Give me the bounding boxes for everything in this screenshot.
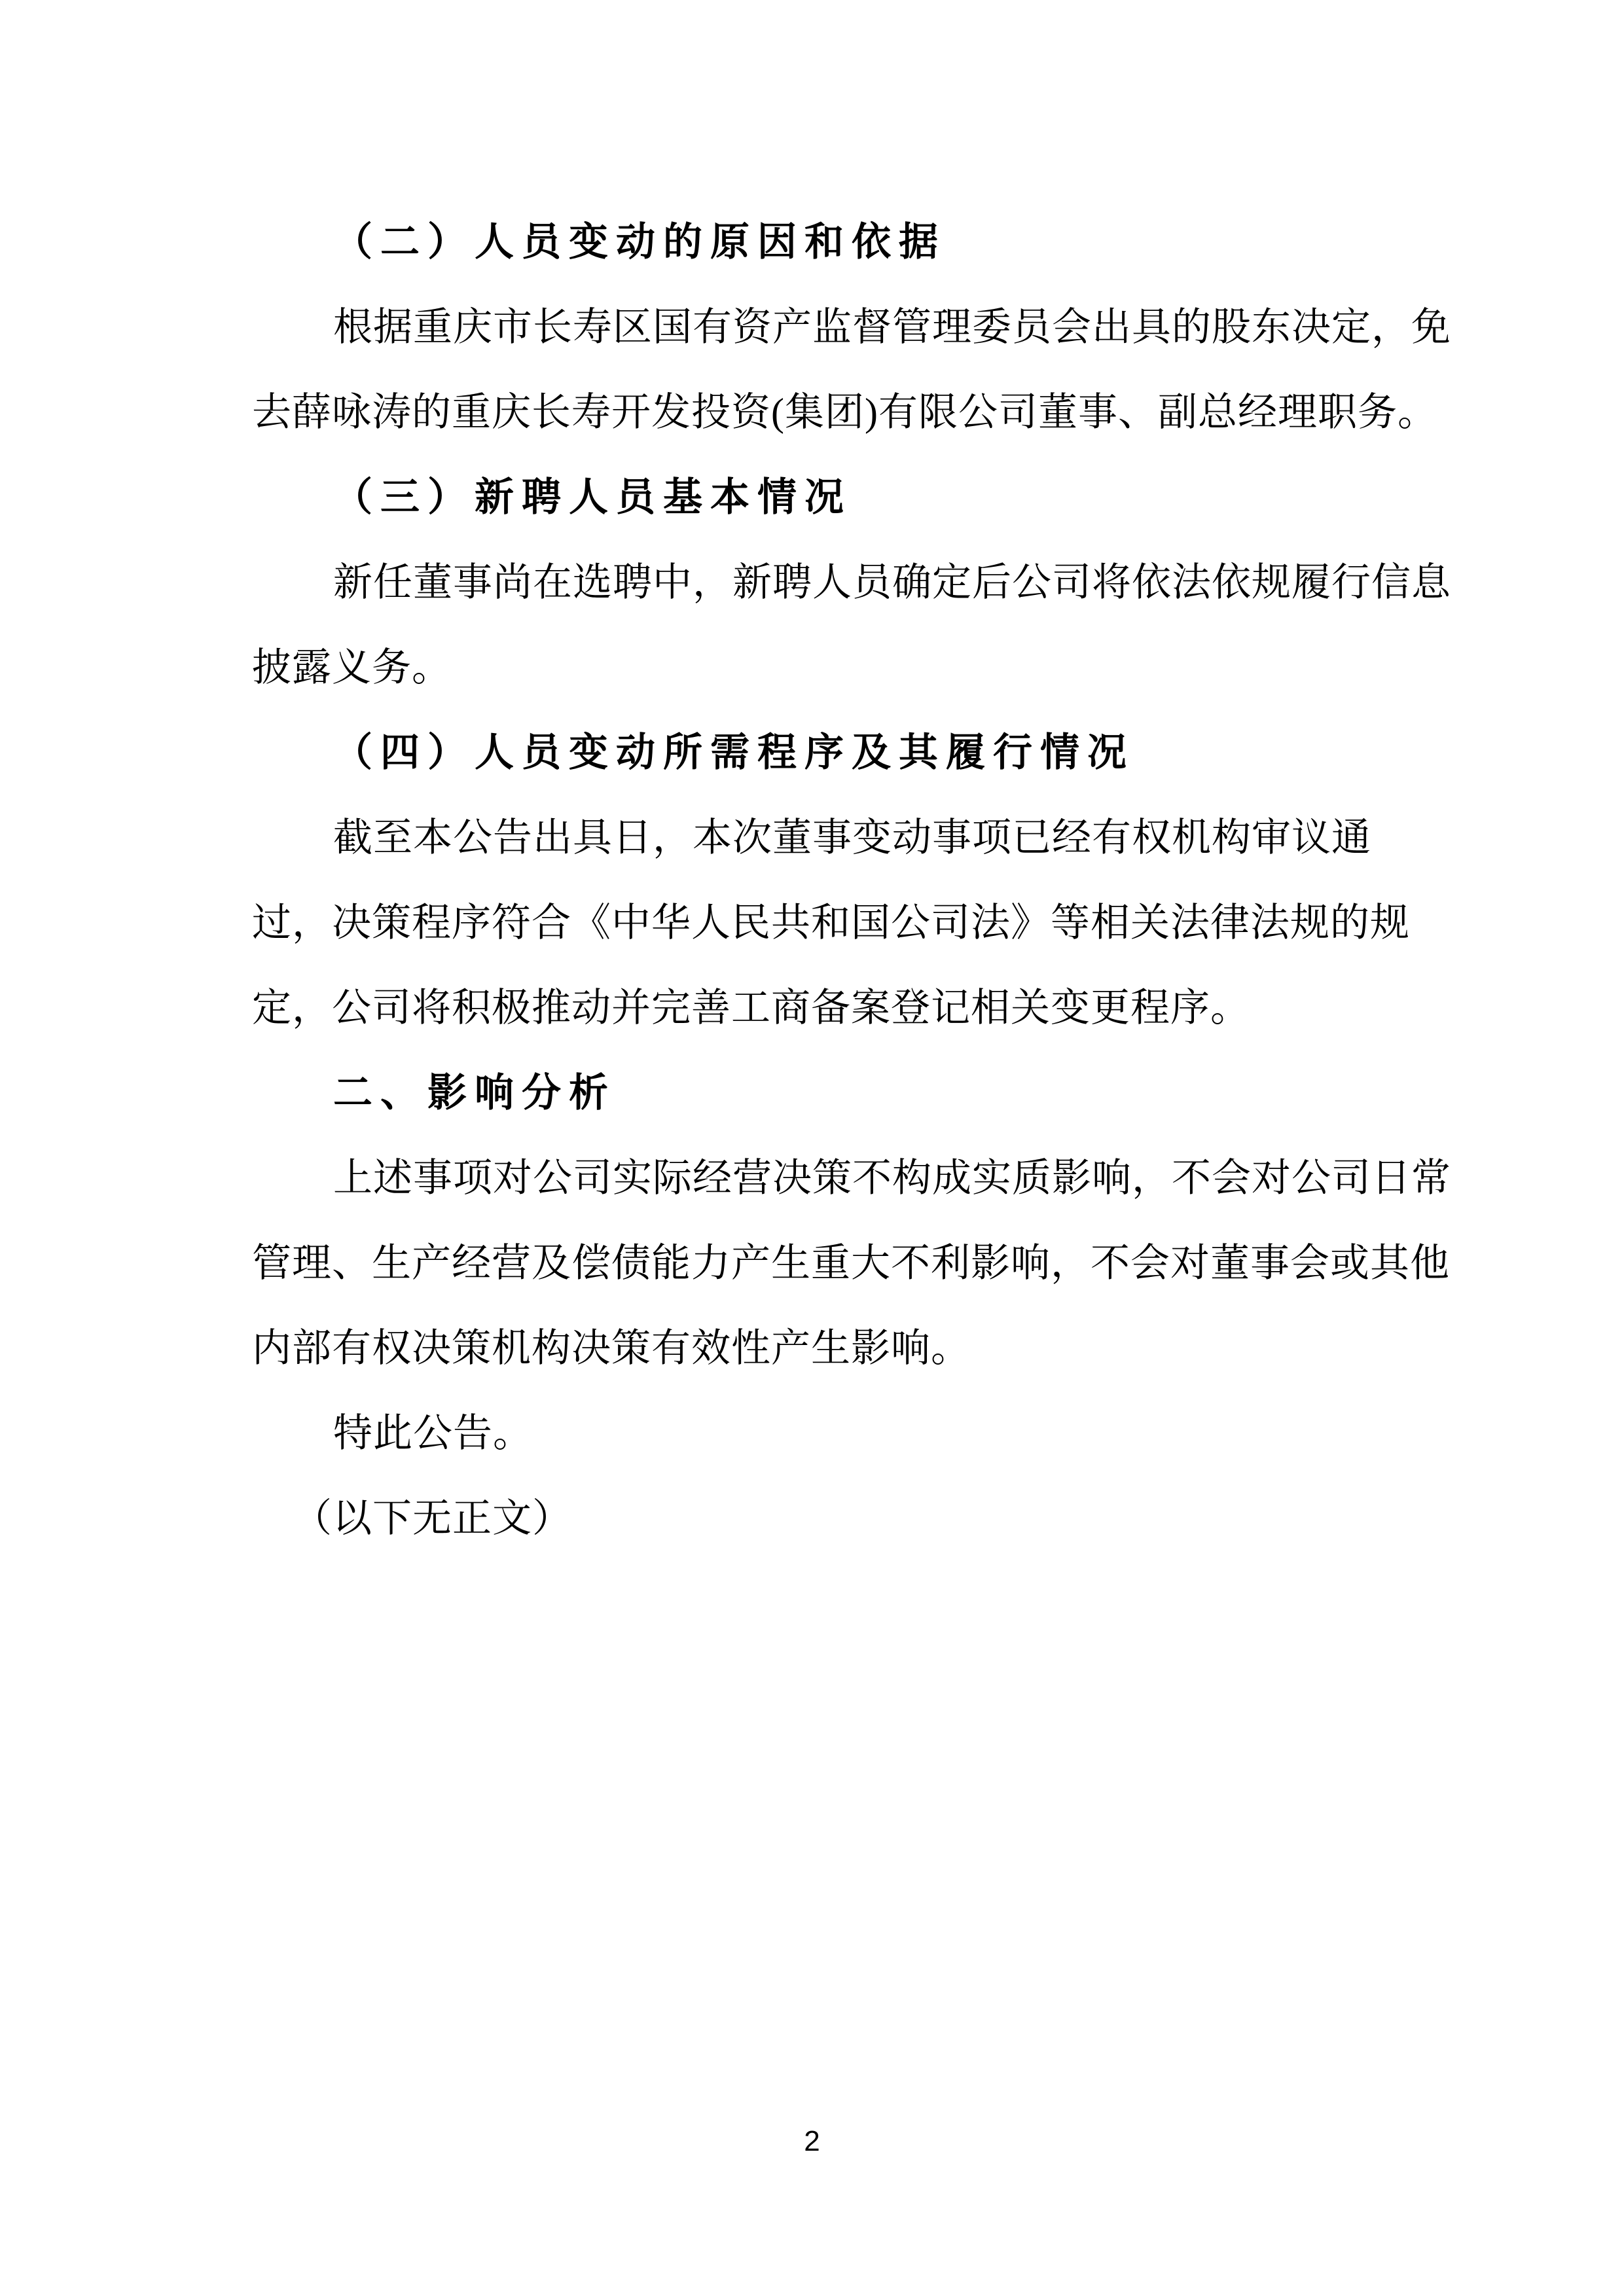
paragraph-line: 去薛咏涛的重庆长寿开发投资(集团)有限公司董事、副总经理职务。 — [252, 370, 1404, 455]
paragraph-line: 截至本公告出具日，本次董事变动事项已经有权机构审议通 — [252, 795, 1404, 880]
paragraph-line: 根据重庆市长寿区国有资产监督管理委员会出具的股东决定，免 — [252, 285, 1404, 370]
no-body-text-note: （以下无正文） — [252, 1476, 1404, 1561]
document-page: （二）人员变动的原因和依据 根据重庆市长寿区国有资产监督管理委员会出具的股东决定… — [0, 0, 1624, 2296]
paragraph-line: 内部有权决策机构决策有效性产生影响。 — [252, 1306, 1404, 1391]
section-heading-impact: 二、影响分析 — [252, 1050, 1404, 1136]
document-body: （二）人员变动的原因和依据 根据重庆市长寿区国有资产监督管理委员会出具的股东决定… — [252, 200, 1404, 1561]
paragraph-line: 上述事项对公司实际经营决策不构成实质影响，不会对公司日常 — [252, 1136, 1404, 1221]
section-heading-3: （三）新聘人员基本情况 — [252, 455, 1404, 540]
page-number: 2 — [0, 2125, 1624, 2159]
section-heading-2: （二）人员变动的原因和依据 — [252, 200, 1404, 285]
section-heading-4: （四）人员变动所需程序及其履行情况 — [252, 710, 1404, 795]
paragraph-line: 新任董事尚在选聘中，新聘人员确定后公司将依法依规履行信息 — [252, 540, 1404, 625]
closing-statement: 特此公告。 — [252, 1391, 1404, 1476]
paragraph-line: 过，决策程序符合《中华人民共和国公司法》等相关法律法规的规 — [252, 880, 1404, 965]
paragraph-line: 管理、生产经营及偿债能力产生重大不利影响，不会对董事会或其他 — [252, 1221, 1404, 1306]
paragraph-line: 定，公司将积极推动并完善工商备案登记相关变更程序。 — [252, 965, 1404, 1050]
paragraph-line: 披露义务。 — [252, 625, 1404, 710]
